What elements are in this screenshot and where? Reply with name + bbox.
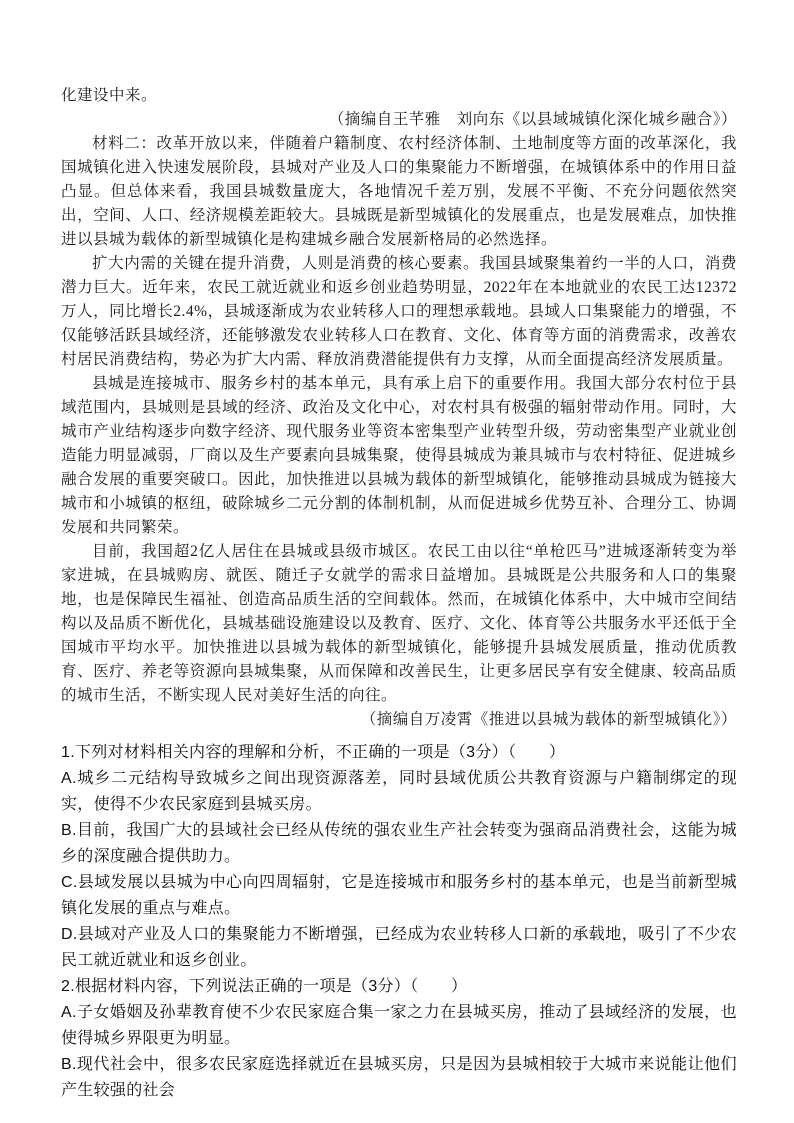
question-1-option-d: D.县域对产业及人口的集聚能力不断增强，已经成为农业转移人口新的承载地，吸引了不… <box>61 922 737 974</box>
question-2-stem: 2.根据材料内容，下列说法正确的一项是（3分）（ ） <box>61 974 737 1000</box>
questions-section: 1.下列对材料相关内容的理解和分析，不正确的一项是（3分）（ ） A.城乡二元结… <box>61 740 737 1104</box>
material-one-continuation-text: 化建设中来。 <box>61 84 737 108</box>
question-2-option-a-text: 子女婚姻及孙辈教育使不少农民家庭合集一家之力在县城买房，推动了县域经济的发展，也… <box>61 1004 737 1047</box>
question-2-option-b: B.现代社会中，很多农民家庭选择就近在县城买房，只是因为县城相较于大城市来说能让… <box>61 1052 737 1104</box>
question-1-option-b-label: B. <box>61 822 77 839</box>
question-1-option-a-text: 城乡二元结构导致城乡之间出现资源落差，同时县域优质公共教育资源与户籍制绑定的现实… <box>61 770 737 813</box>
question-1-option-d-text: 县域对产业及人口的集聚能力不断增强，已经成为农业转移人口新的承载地，吸引了不少农… <box>61 926 737 969</box>
question-1-option-c: C.县域发展以县城为中心向四周辐射，它是连接城市和服务乡村的基本单元，也是当前新… <box>61 870 737 922</box>
exam-page: 化建设中来。 （摘编自王芊雅 刘向东《以县域城镇化深化城乡融合》） 材料二：改革… <box>0 0 794 1123</box>
reading-passage: 化建设中来。 （摘编自王芊雅 刘向东《以县域城镇化深化城乡融合》） 材料二：改革… <box>61 84 737 732</box>
question-1-option-c-text: 县域发展以县城为中心向四周辐射，它是连接城市和服务乡村的基本单元，也是当前新型城… <box>61 874 737 917</box>
material-two-attribution: （摘编自万凌霄《推进以县城为载体的新型城镇化》） <box>61 708 737 732</box>
question-1-option-b-text: 目前，我国广大的县域社会已经从传统的强农业生产社会转变为强商品消费社会，这能为城… <box>61 822 737 865</box>
material-two-paragraph-2: 扩大内需的关键在提升消费，人则是消费的核心要素。我国县域聚集着约一半的人口，消费… <box>61 252 737 372</box>
question-2-option-b-text: 现代社会中，很多农民家庭选择就近在县城买房，只是因为县城相较于大城市来说能让他们… <box>61 1056 737 1099</box>
question-2-option-b-label: B. <box>61 1056 77 1073</box>
question-1-option-c-label: C. <box>61 874 78 891</box>
question-1-option-d-label: D. <box>61 926 78 943</box>
material-two-paragraph-4: 目前，我国超2亿人居住在县城或县级市城区。农民工由以往“单枪匹马”进城逐渐转变为… <box>61 540 737 708</box>
material-two-paragraph-3: 县城是连接城市、服务乡村的基本单元，具有承上启下的重要作用。我国大部分农村位于县… <box>61 372 737 540</box>
material-two-paragraph-1: 材料二：改革开放以来，伴随着户籍制度、农村经济体制、土地制度等方面的改革深化，我… <box>61 132 737 252</box>
question-2-stem-text: 根据材料内容，下列说法正确的一项是（3分）（ ） <box>75 978 467 995</box>
material-one-attribution: （摘编自王芊雅 刘向东《以县域城镇化深化城乡融合》） <box>61 108 737 132</box>
question-1-stem: 1.下列对材料相关内容的理解和分析，不正确的一项是（3分）（ ） <box>61 740 737 766</box>
question-2-option-a-label: A. <box>61 1004 77 1021</box>
page-content: 化建设中来。 （摘编自王芊雅 刘向东《以县域城镇化深化城乡融合》） 材料二：改革… <box>61 84 737 1104</box>
question-1-option-a: A.城乡二元结构导致城乡之间出现资源落差，同时县域优质公共教育资源与户籍制绑定的… <box>61 766 737 818</box>
question-1-option-a-label: A. <box>61 770 77 787</box>
question-2-number: 2. <box>61 978 75 995</box>
question-1-stem-text: 下列对材料相关内容的理解和分析，不正确的一项是（3分）（ ） <box>75 744 565 761</box>
question-2-option-a: A.子女婚姻及孙辈教育使不少农民家庭合集一家之力在县城买房，推动了县域经济的发展… <box>61 1000 737 1052</box>
question-1-option-b: B.目前，我国广大的县域社会已经从传统的强农业生产社会转变为强商品消费社会，这能… <box>61 818 737 870</box>
question-1-number: 1. <box>61 744 75 761</box>
